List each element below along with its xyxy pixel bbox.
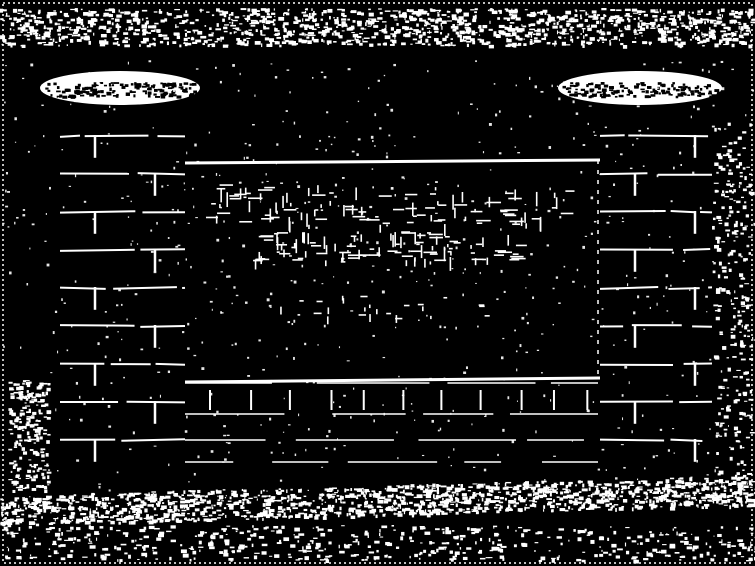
photo-scene (0, 0, 755, 566)
brick-wall-photo (0, 0, 755, 566)
left-pillar-cap (40, 71, 200, 105)
